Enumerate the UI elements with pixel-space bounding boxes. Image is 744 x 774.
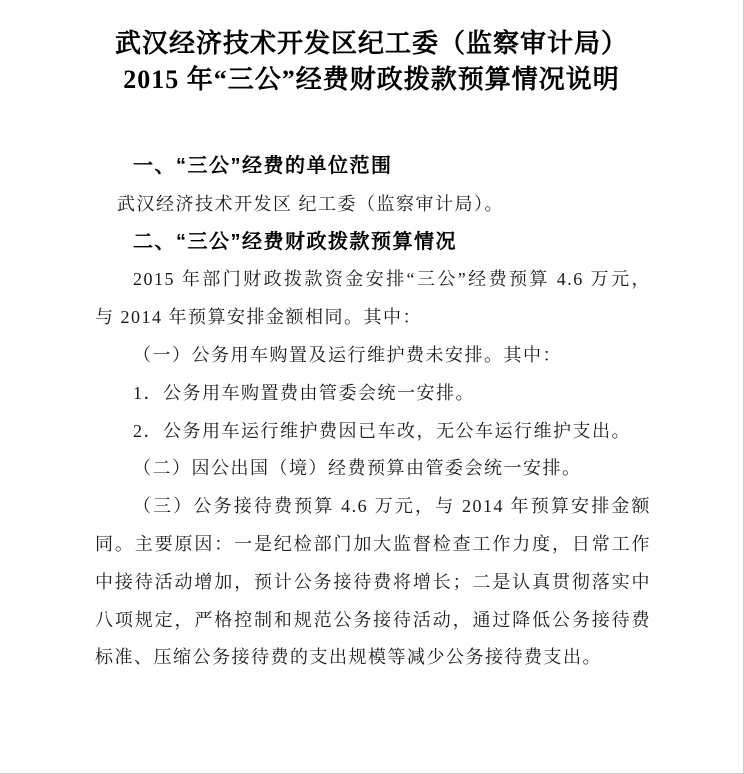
budget-summary-line-1: 2015 年部门财政拨款资金安排“三公”经费预算 4.6 万元， (95, 261, 651, 299)
item-3-reception-line-4: 八项规定，严格控制和规范公务接待活动，通过降低公务接待费 (95, 602, 651, 640)
document-title-line-2: 2015 年“三公”经费财政拨款预算情况说明 (0, 62, 743, 98)
item-3-reception-line-2: 同。主要原因：一是纪检部门加大监督检查工作力度，日常工作 (95, 526, 651, 564)
section-1-heading: 一、“三公”经费的单位范围 (95, 148, 651, 186)
budget-summary-line-2: 与 2014 年预算安排金额相同。其中： (95, 299, 651, 337)
item-1-sub-2-line: 2．公务用车运行维护费因已车改，无公车运行维护支出。 (95, 413, 651, 451)
document-title: 武汉经济技术开发区纪工委（监察审计局） 2015 年“三公”经费财政拨款预算情况… (0, 0, 743, 98)
unit-scope-line: 武汉经济技术开发区 纪工委（监察审计局）。 (95, 186, 651, 224)
item-3-reception-line-5: 标准、压缩公务接待费的支出规模等减少公务接待费支出。 (95, 639, 651, 677)
section-2-heading: 二、“三公”经费财政拨款预算情况 (95, 224, 651, 262)
item-1-vehicle-line: （一）公务用车购置及运行维护费未安排。其中： (95, 337, 651, 375)
item-2-abroad-line: （二）因公出国（境）经费预算由管委会统一安排。 (95, 450, 651, 488)
document-body: 一、“三公”经费的单位范围 武汉经济技术开发区 纪工委（监察审计局）。 二、“三… (95, 148, 651, 677)
item-1-sub-1-line: 1．公务用车购置费由管委会统一安排。 (95, 375, 651, 413)
item-3-reception-line-3: 中接待活动增加，预计公务接待费将增长；二是认真贯彻落实中央 (95, 564, 651, 602)
item-3-reception-line-1: （三）公务接待费预算 4.6 万元，与 2014 年预算安排金额相 (95, 488, 651, 526)
document-page: 武汉经济技术开发区纪工委（监察审计局） 2015 年“三公”经费财政拨款预算情况… (0, 0, 744, 774)
document-title-line-1: 武汉经济技术开发区纪工委（监察审计局） (0, 26, 743, 62)
